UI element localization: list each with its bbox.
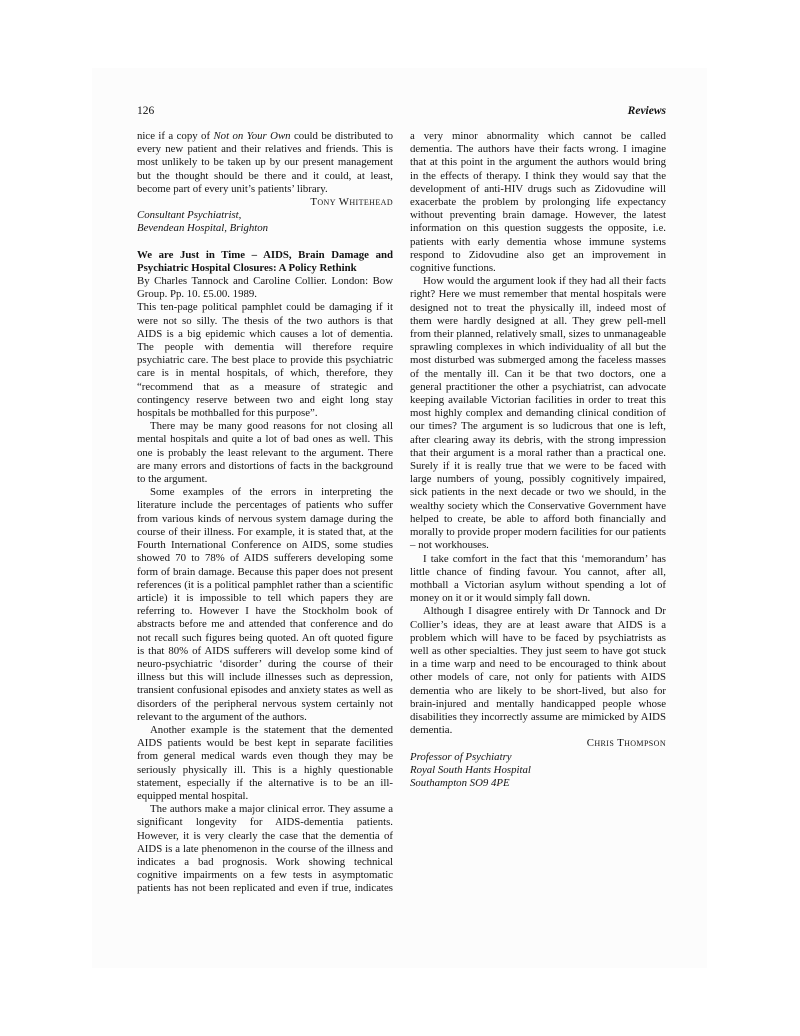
reviewer-name-whitehead: Tony Whitehead — [137, 196, 393, 209]
review-title: We are Just in Time – AIDS, Brain Damage… — [137, 249, 393, 275]
scanned-journal-page: 126 Reviews nice if a copy of Not on You… — [92, 68, 707, 968]
affiliation-line: Bevendean Hospital, Brighton — [137, 222, 393, 235]
page-number: 126 — [137, 105, 154, 117]
review-paragraph: There may be many good reasons for not c… — [137, 420, 393, 486]
closing-text-pre: nice if a copy of — [137, 130, 213, 142]
previous-review-closing-paragraph: nice if a copy of Not on Your Own could … — [137, 130, 393, 196]
affiliation-line: Professor of Psychiatry — [410, 751, 666, 764]
reviewer-name-thompson: Chris Thompson — [410, 737, 666, 750]
review-paragraph: Although I disagree entirely with Dr Tan… — [410, 605, 666, 737]
review-paragraph: How would the argument look if they had … — [410, 275, 666, 552]
reviewer-affiliation-thompson: Professor of Psychiatry Royal South Hant… — [410, 751, 666, 791]
reviewer-affiliation-whitehead: Consultant Psychiatrist, Bevendean Hospi… — [137, 209, 393, 235]
screenshot-canvas: 126 Reviews nice if a copy of Not on You… — [0, 0, 800, 1036]
review-paragraph: Some examples of the errors in interpret… — [137, 486, 393, 724]
review-paragraph: This ten-page political pamphlet could b… — [137, 301, 393, 420]
affiliation-line: Southampton SO9 4PE — [410, 777, 666, 790]
affiliation-line: Royal South Hants Hospital — [410, 764, 666, 777]
review-paragraph: Another example is the statement that th… — [137, 724, 393, 803]
book-title-italic: Not on Your Own — [213, 130, 290, 142]
page-header: 126 Reviews — [137, 105, 666, 117]
review-paragraph: I take comfort in the fact that this ‘me… — [410, 553, 666, 606]
affiliation-line: Consultant Psychiatrist, — [137, 209, 393, 222]
two-column-text-block: nice if a copy of Not on Your Own could … — [137, 130, 666, 908]
running-head: Reviews — [628, 105, 666, 117]
review-byline: By Charles Tannock and Caroline Collier.… — [137, 275, 393, 301]
